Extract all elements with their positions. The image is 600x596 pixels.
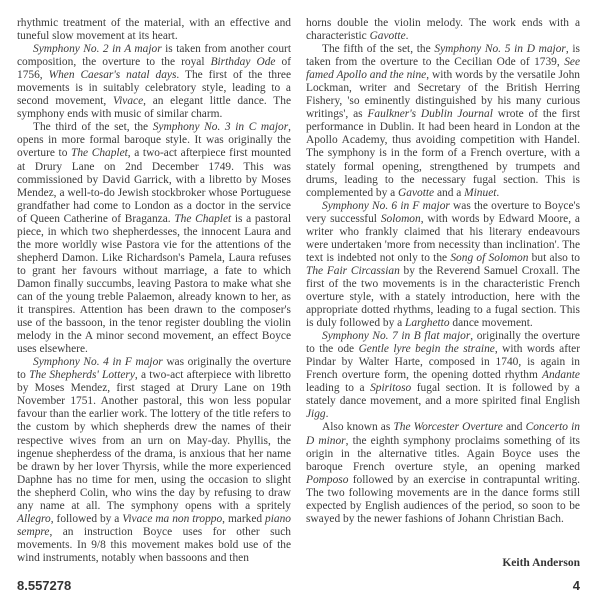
paragraph: The fifth of the set, the Symphony No. 5…	[306, 43, 580, 200]
paragraph: The third of the set, the Symphony No. 3…	[17, 121, 291, 356]
paragraph: rhythmic treatment of the material, with…	[17, 17, 291, 43]
page-number: 4	[560, 578, 580, 593]
author-signature: Keith Anderson	[306, 557, 580, 569]
paragraph: Symphony No. 6 in F major was the overtu…	[306, 200, 580, 330]
catalogue-number: 8.557278	[17, 578, 71, 593]
left-column: rhythmic treatment of the material, with…	[17, 17, 291, 565]
booklet-page: rhythmic treatment of the material, with…	[0, 0, 600, 596]
paragraph: Also known as The Worcester Overture and…	[306, 421, 580, 525]
paragraph: Symphony No. 4 in F major was originally…	[17, 356, 291, 565]
paragraph: Symphony No. 7 in B flat major, original…	[306, 330, 580, 421]
paragraph: horns double the violin melody. The work…	[306, 17, 580, 43]
paragraph: Symphony No. 2 in A major is taken from …	[17, 43, 291, 121]
right-column: horns double the violin melody. The work…	[306, 17, 580, 526]
